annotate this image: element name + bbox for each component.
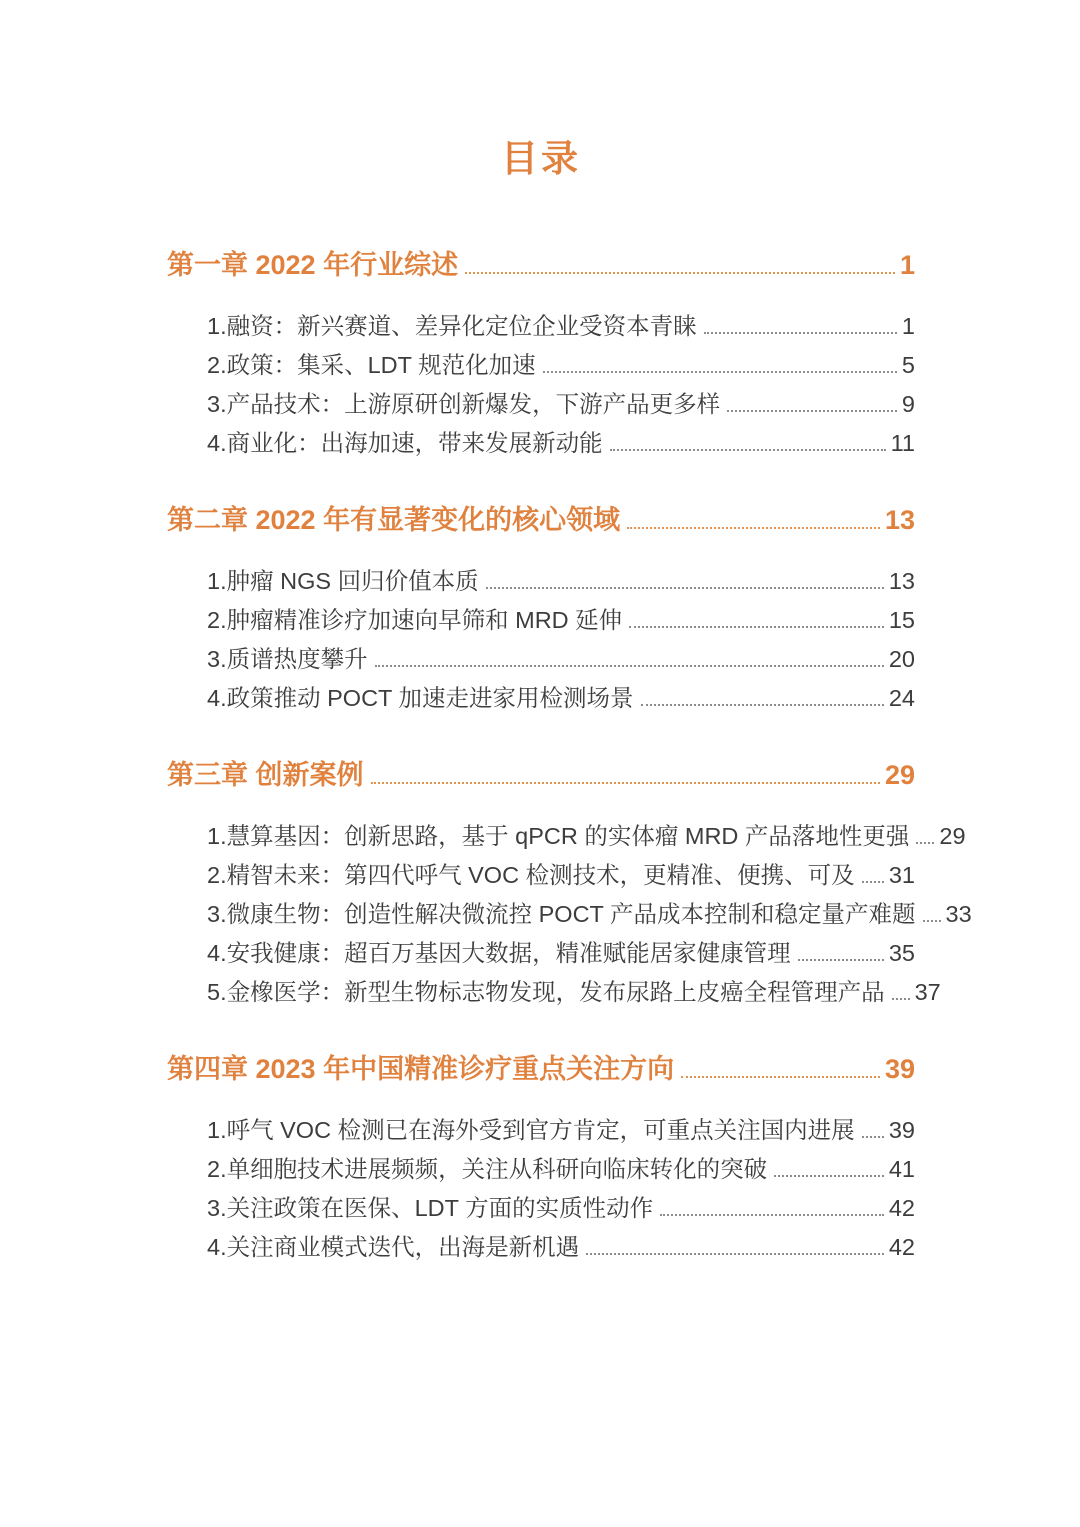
toc-item-page: 5 (902, 348, 915, 383)
toc-item-label: 3.微康生物：创造性解决微流控 POCT 产品成本控制和稳定量产难题 (207, 897, 916, 932)
dot-leader (371, 782, 880, 784)
toc-item-label: 2.肿瘤精准诊疗加速向早筛和 MRD 延伸 (207, 603, 622, 638)
dot-leader (627, 527, 880, 529)
dot-leader (916, 842, 934, 844)
dot-leader (486, 587, 884, 589)
toc-item-page: 29 (939, 819, 965, 854)
toc-item-row[interactable]: 3.微康生物：创造性解决微流控 POCT 产品成本控制和稳定量产难题 33 (167, 897, 915, 932)
toc-item-page: 24 (889, 681, 915, 716)
toc-item-row[interactable]: 4.政策推动 POCT 加速走进家用检测场景 24 (167, 681, 915, 716)
toc-chapter-row[interactable]: 第二章 2022 年有显著变化的核心领域 13 (167, 503, 915, 538)
toc-chapter-title: 第三章 创新案例 (167, 758, 364, 793)
dot-leader (727, 410, 897, 412)
toc-chapter-row[interactable]: 第一章 2022 年行业综述 1 (167, 248, 915, 283)
toc-chapter-row[interactable]: 第四章 2023 年中国精准诊疗重点关注方向 39 (167, 1052, 915, 1087)
toc-item-label: 3.产品技术：上游原研创新爆发，下游产品更多样 (207, 387, 720, 422)
dot-leader (660, 1214, 884, 1216)
dot-leader (798, 959, 884, 961)
toc-chapter-1: 第一章 2022 年行业综述 1 1.融资：新兴赛道、差异化定位企业受资本青睐 … (167, 248, 915, 461)
toc-item-label: 4.安我健康：超百万基因大数据，精准赋能居家健康管理 (207, 936, 791, 971)
toc-item-row[interactable]: 1.肿瘤 NGS 回归价值本质 13 (167, 564, 915, 599)
toc-item-page: 33 (946, 897, 972, 932)
dot-leader (704, 332, 897, 334)
toc-chapter-4: 第四章 2023 年中国精准诊疗重点关注方向 39 1.呼气 VOC 检测已在海… (167, 1052, 915, 1265)
toc-item-page: 1 (902, 309, 915, 344)
toc-chapter-title: 第二章 2022 年有显著变化的核心领域 (167, 503, 620, 538)
toc-item-row[interactable]: 3.关注政策在医保、LDT 方面的实质性动作 42 (167, 1191, 915, 1226)
toc-item-row[interactable]: 2.政策：集采、LDT 规范化加速 5 (167, 348, 915, 383)
dot-leader (586, 1253, 884, 1255)
toc-item-label: 4.政策推动 POCT 加速走进家用检测场景 (207, 681, 634, 716)
dot-leader (892, 998, 910, 1000)
toc-item-page: 31 (889, 858, 915, 893)
toc-item-label: 1.呼气 VOC 检测已在海外受到官方肯定，可重点关注国内进展 (207, 1113, 855, 1148)
toc-chapter-row[interactable]: 第三章 创新案例 29 (167, 758, 915, 793)
toc-item-row[interactable]: 3.质谱热度攀升 20 (167, 642, 915, 677)
dot-leader (641, 704, 884, 706)
toc-chapter-2: 第二章 2022 年有显著变化的核心领域 13 1.肿瘤 NGS 回归价值本质 … (167, 503, 915, 716)
toc-item-row[interactable]: 1.慧算基因：创新思路，基于 qPCR 的实体瘤 MRD 产品落地性更强 29 (167, 819, 915, 854)
toc-item-page: 42 (889, 1191, 915, 1226)
dot-leader (681, 1076, 880, 1078)
toc-item-label: 3.质谱热度攀升 (207, 642, 368, 677)
toc-item-label: 5.金橡医学：新型生物标志物发现，发布尿路上皮癌全程管理产品 (207, 975, 885, 1010)
toc-item-row[interactable]: 4.商业化：出海加速，带来发展新动能 11 (167, 426, 915, 461)
toc-chapter-page: 39 (885, 1052, 915, 1087)
toc-item-row[interactable]: 4.安我健康：超百万基因大数据，精准赋能居家健康管理 35 (167, 936, 915, 971)
dot-leader (862, 881, 884, 883)
toc-item-page: 41 (889, 1152, 915, 1187)
toc-item-label: 2.政策：集采、LDT 规范化加速 (207, 348, 536, 383)
toc-item-row[interactable]: 1.融资：新兴赛道、差异化定位企业受资本青睐 1 (167, 309, 915, 344)
dot-leader (774, 1175, 884, 1177)
toc-item-label: 1.慧算基因：创新思路，基于 qPCR 的实体瘤 MRD 产品落地性更强 (207, 819, 909, 854)
toc-item-row[interactable]: 5.金橡医学：新型生物标志物发现，发布尿路上皮癌全程管理产品 37 (167, 975, 915, 1010)
dot-leader (610, 449, 886, 451)
toc-item-label: 1.融资：新兴赛道、差异化定位企业受资本青睐 (207, 309, 697, 344)
toc-page: 目录 第一章 2022 年行业综述 1 1.融资：新兴赛道、差异化定位企业受资本… (0, 0, 1080, 1527)
dot-leader (543, 371, 897, 373)
toc-item-row[interactable]: 2.精智未来：第四代呼气 VOC 检测技术，更精准、便携、可及 31 (167, 858, 915, 893)
dot-leader (465, 272, 895, 274)
toc-item-page: 39 (889, 1113, 915, 1148)
toc-item-page: 13 (889, 564, 915, 599)
toc-item-label: 3.关注政策在医保、LDT 方面的实质性动作 (207, 1191, 653, 1226)
toc-item-page: 37 (915, 975, 941, 1010)
toc-item-row[interactable]: 3.产品技术：上游原研创新爆发，下游产品更多样 9 (167, 387, 915, 422)
toc-item-page: 11 (891, 426, 915, 461)
toc-item-label: 2.精智未来：第四代呼气 VOC 检测技术，更精准、便携、可及 (207, 858, 855, 893)
toc-chapter-page: 13 (885, 503, 915, 538)
toc-item-page: 35 (889, 936, 915, 971)
dot-leader (629, 626, 884, 628)
toc-item-label: 4.关注商业模式迭代，出海是新机遇 (207, 1230, 579, 1265)
toc-chapter-3: 第三章 创新案例 29 1.慧算基因：创新思路，基于 qPCR 的实体瘤 MRD… (167, 758, 915, 1010)
toc-item-label: 2.单细胞技术进展频频，关注从科研向临床转化的突破 (207, 1152, 767, 1187)
toc-chapter-title: 第一章 2022 年行业综述 (167, 248, 458, 283)
toc-chapter-page: 1 (900, 248, 915, 283)
page-title: 目录 (167, 128, 915, 182)
toc-item-page: 15 (889, 603, 915, 638)
toc-item-row[interactable]: 2.单细胞技术进展频频，关注从科研向临床转化的突破 41 (167, 1152, 915, 1187)
toc-item-row[interactable]: 1.呼气 VOC 检测已在海外受到官方肯定，可重点关注国内进展 39 (167, 1113, 915, 1148)
dot-leader (862, 1136, 884, 1138)
dot-leader (375, 665, 884, 667)
toc-chapter-title: 第四章 2023 年中国精准诊疗重点关注方向 (167, 1052, 674, 1087)
toc-item-page: 20 (889, 642, 915, 677)
toc-item-page: 42 (889, 1230, 915, 1265)
toc-item-label: 1.肿瘤 NGS 回归价值本质 (207, 564, 479, 599)
toc-item-row[interactable]: 4.关注商业模式迭代，出海是新机遇 42 (167, 1230, 915, 1265)
toc-item-page: 9 (902, 387, 915, 422)
toc-item-row[interactable]: 2.肿瘤精准诊疗加速向早筛和 MRD 延伸 15 (167, 603, 915, 638)
toc-item-label: 4.商业化：出海加速，带来发展新动能 (207, 426, 603, 461)
toc-chapter-page: 29 (885, 758, 915, 793)
dot-leader (923, 920, 941, 922)
